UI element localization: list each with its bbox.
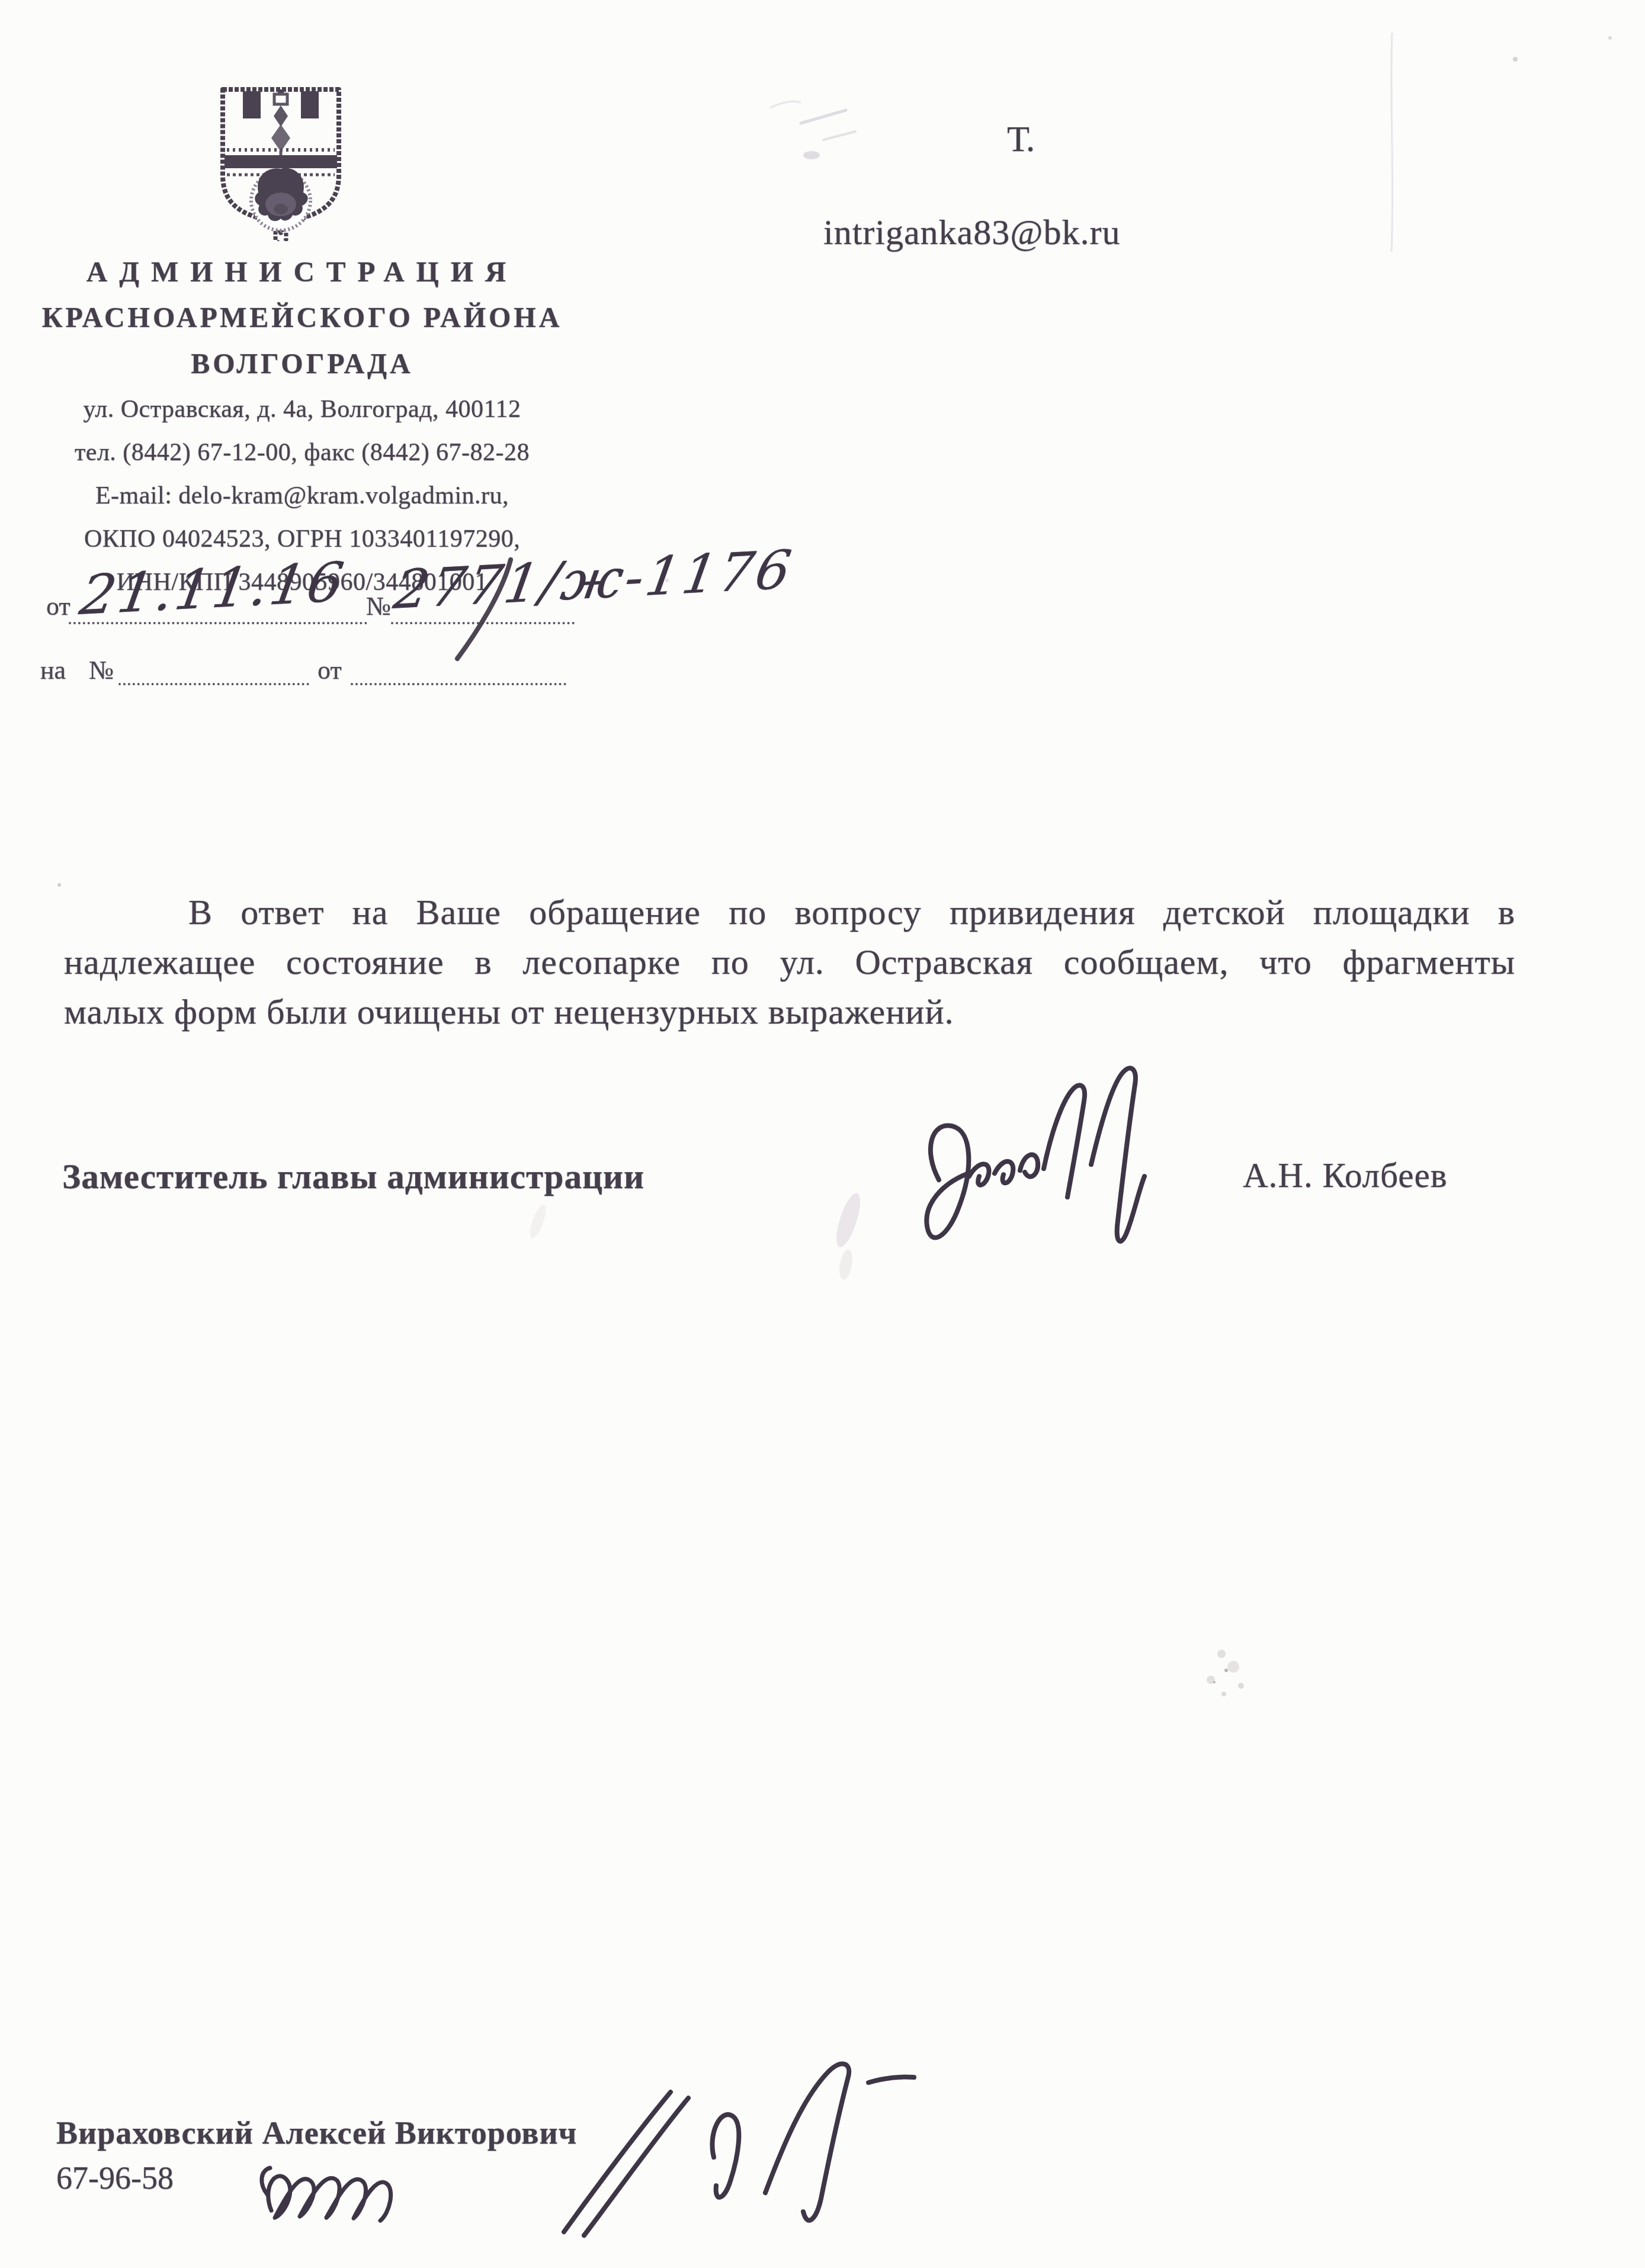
signature-title: Заместитель главы администрации [62,1156,644,1197]
letter-body: В ответ на Ваше обращение по вопросу при… [64,887,1515,1037]
executor-phone: 67-96-58 [56,2160,174,2196]
reply-number-label: № [89,655,114,685]
org-name-line: АДМИНИСТРАЦИЯ [24,249,581,295]
reply-date-underline [351,659,566,685]
signature-name: А.Н. Колбеев [1243,1155,1448,1196]
body-line: В ответ на Ваше обращение по вопросу при… [64,887,1515,937]
contact-phone-line: тел. (8442) 67-12-00, факс (8442) 67-82-… [12,431,592,474]
reply-na-label: на [40,655,66,685]
body-line: малых форм были очищены от нецензурных в… [64,987,1515,1037]
scanned-letter-page: АДМИНИСТРАЦИЯ КРАСНОАРМЕЙСКОГО РАЙОНА ВО… [0,0,1645,2268]
executor-scribble [262,2168,391,2221]
kolbeev-signature [926,1068,1144,1241]
contact-email-line: E-mail: delo-kram@kram.volgadmin.ru, [12,474,592,518]
org-name-line: ВОЛГОГРАДА [24,341,581,387]
recipient-salutation: Т. [1007,118,1035,161]
approval-scribble [564,2064,914,2235]
executor-name: Вираховский Алексей Викторович [56,2115,577,2151]
emblem-lion-head [251,168,310,230]
contact-address-line: ул. Остравская, д. 4а, Волгоград, 400112 [12,388,592,431]
reply-from-label: от [318,655,342,685]
reply-number-underline [118,659,309,685]
ref-number-label: № [366,591,391,621]
org-name-block: АДМИНИСТРАЦИЯ КРАСНОАРМЕЙСКОГО РАЙОНА ВО… [24,249,581,387]
ref-from-label: от [46,591,70,621]
body-line: надлежащее состояние в лесопарке по ул. … [64,937,1515,987]
emblem-statue [271,94,290,156]
recipient-email: intriganka83@bk.ru [823,212,1121,253]
coat-of-arms-emblem [217,85,345,241]
org-name-line: КРАСНОАРМЕЙСКОГО РАЙОНА [24,295,581,341]
